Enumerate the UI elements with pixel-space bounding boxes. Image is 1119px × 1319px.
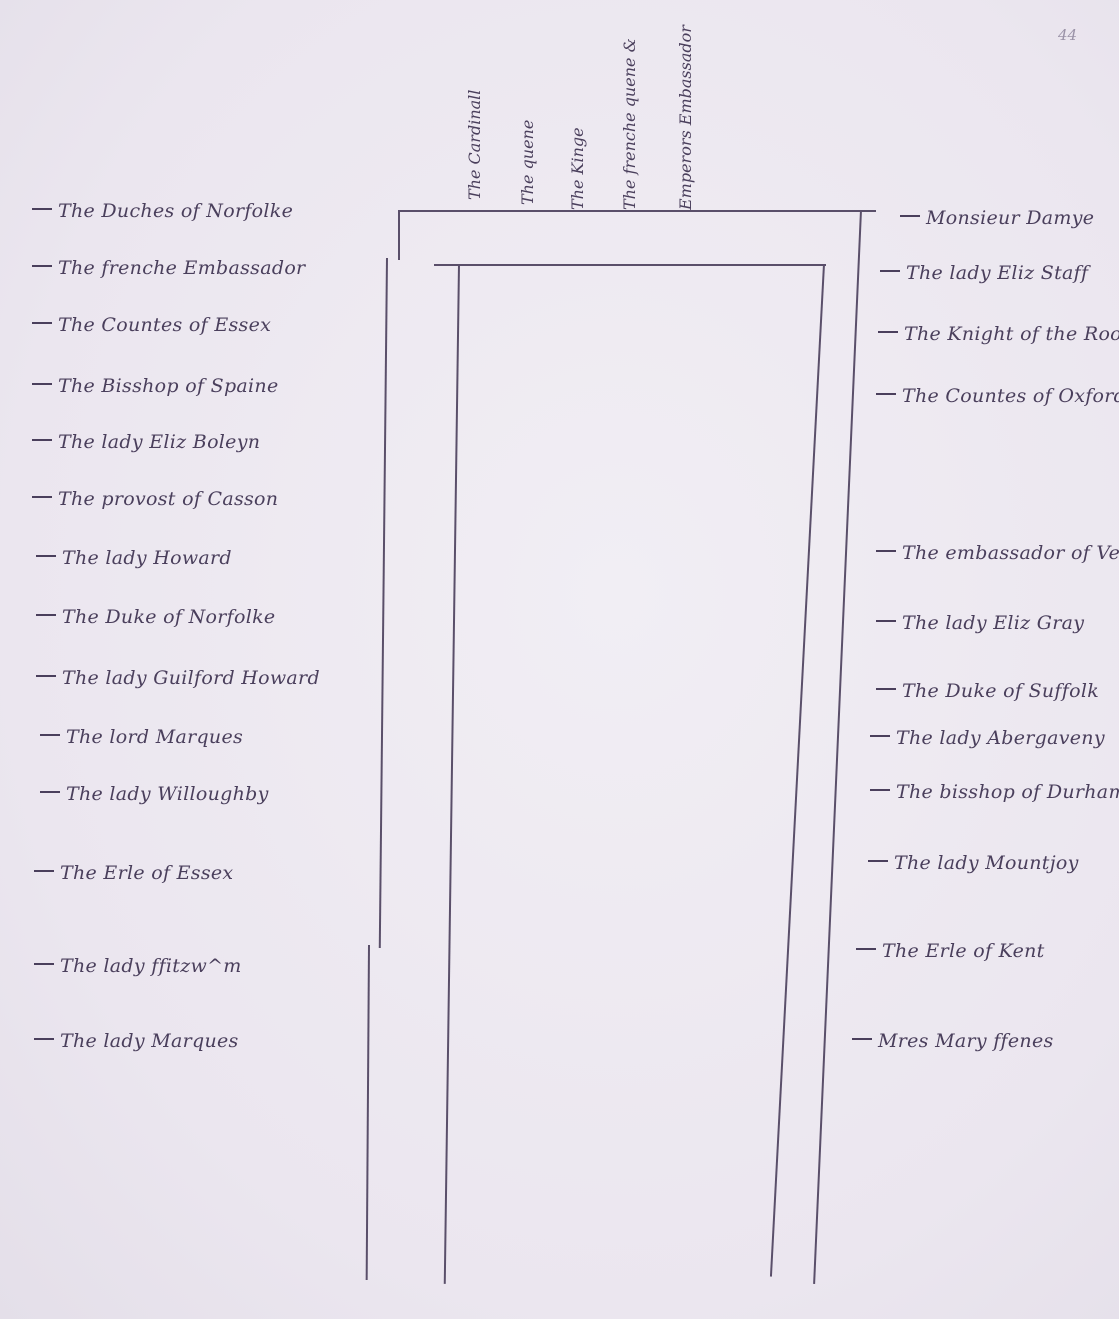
table-outer-right: [813, 210, 862, 1284]
table-outer-left-bottom: [366, 945, 370, 1280]
table-inner-right: [770, 264, 825, 1277]
right-seat: The lady Eliz Gray: [876, 612, 1084, 634]
left-seat: The lord Marques: [40, 726, 243, 748]
head-name: Emperors Embassador: [676, 25, 695, 210]
right-seat: The Knight of the Roo: [878, 323, 1119, 345]
right-seat: The Duke of Suffolk: [876, 680, 1099, 702]
left-seat: The Countes of Essex: [32, 314, 271, 336]
left-seat: The Erle of Essex: [34, 862, 233, 884]
table-inner-left: [444, 264, 460, 1284]
table-inner-top: [434, 264, 826, 266]
left-seat: The Duke of Norfolke: [36, 606, 275, 628]
left-seat: The lady Willoughby: [40, 783, 269, 805]
right-seat: The lady Abergaveny: [870, 727, 1105, 749]
left-seat: The lady ffitzw^m: [34, 955, 242, 977]
right-seat: The lady Eliz Staff: [880, 262, 1088, 284]
left-seat: The lady Eliz Boleyn: [32, 431, 260, 453]
right-seat: Monsieur Damye: [900, 207, 1094, 229]
right-seat: The lady Mountjoy: [868, 852, 1079, 874]
left-seat: The Bisshop of Spaine: [32, 375, 279, 397]
right-seat: Mres Mary ffenes: [852, 1030, 1054, 1052]
left-seat: The Duches of Norfolke: [32, 200, 293, 222]
right-seat: The bisshop of Durham: [870, 781, 1119, 803]
right-seat: The embassador of Ven: [876, 542, 1119, 564]
head-name: The Kinge: [568, 127, 587, 210]
table-outer-left: [398, 210, 400, 260]
table-outer-left-lower: [379, 258, 388, 948]
head-name: The frenche quene &: [620, 38, 639, 210]
right-seat: The Erle of Kent: [856, 940, 1045, 962]
head-name: The Cardinall: [465, 90, 484, 200]
manuscript-page: 44 The Cardinall The quene The Kinge The…: [0, 0, 1119, 1319]
left-seat: The frenche Embassador: [32, 257, 305, 279]
left-seat: The provost of Casson: [32, 488, 278, 510]
head-name: The quene: [518, 120, 537, 205]
left-seat: The lady Guilford Howard: [36, 667, 320, 689]
table-outer-top: [398, 210, 876, 212]
left-seat: The lady Marques: [34, 1030, 239, 1052]
page-number: 44: [1058, 26, 1077, 44]
left-seat: The lady Howard: [36, 547, 232, 569]
right-seat: The Countes of Oxford: [876, 385, 1119, 407]
